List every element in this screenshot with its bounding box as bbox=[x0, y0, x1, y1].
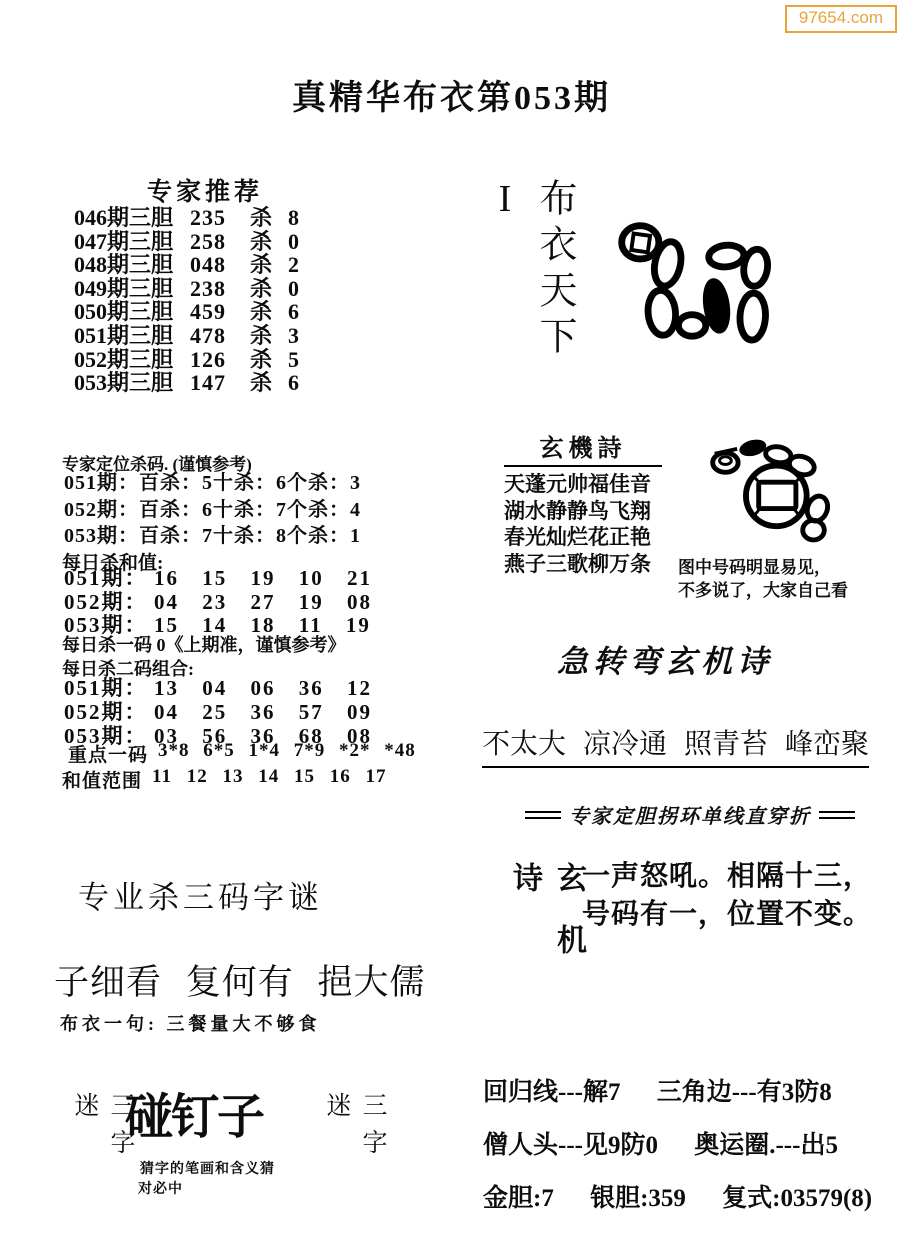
kill-label: 杀 bbox=[250, 206, 288, 230]
sum-values: 16 15 19 10 21 bbox=[154, 567, 372, 591]
doodle-caption-line2: 不多说了，大家自己看 bbox=[678, 579, 848, 602]
triple-numbers: 459 bbox=[190, 300, 250, 324]
poem-line: 天蓬元帅福佳音 bbox=[504, 471, 662, 498]
hand-drawn-coin-doodle bbox=[698, 424, 884, 554]
position-kill-row: 053期：百杀：7十杀：8个杀：1 bbox=[64, 523, 361, 550]
riddle-answer: 碰钉子 bbox=[125, 1078, 263, 1147]
recommend-row: 051期三胆 478 杀 3 bbox=[74, 324, 299, 348]
period-label: 052期： bbox=[64, 591, 154, 615]
hint-line-2: 僧人头---见9防0 奥运圈.---出5 bbox=[483, 1119, 872, 1172]
period-label: 053期三胆 bbox=[74, 371, 190, 395]
poem-line: 燕子三歌柳万条 bbox=[504, 551, 662, 578]
mystery-poem-box: 玄機詩 天蓬元帅福佳音 湖水静静鸟飞翔 春光灿烂花正艳 燕子三歌柳万条 bbox=[504, 428, 662, 577]
period-label: 051期： bbox=[64, 567, 154, 591]
hint-olympic-ring: 奥运圈.---出5 bbox=[694, 1132, 838, 1159]
poem-line: 春光灿烂花正艳 bbox=[504, 524, 662, 551]
lottery-chart-page: 97654.com 真精华布衣第053期 专家推荐 046期三胆 235 杀 8… bbox=[0, 0, 903, 1257]
sum-range-values: 11 12 13 14 15 16 17 bbox=[152, 766, 386, 793]
recommend-row: 049期三胆 238 杀 0 bbox=[74, 277, 299, 301]
kill-number: 6 bbox=[288, 300, 299, 324]
xuanji-line1: 一声怒吼。相隔十三， bbox=[582, 858, 872, 896]
period-label: 051期三胆 bbox=[74, 324, 190, 348]
hint-line-3: 金胆:7 银胆:359 复式:03579(8) bbox=[483, 1172, 872, 1225]
daily-sum-kill-rows: 051期： 16 15 19 10 21 052期： 04 23 27 19 0… bbox=[64, 567, 372, 638]
hand-drawn-numbers-doodle bbox=[598, 213, 796, 389]
kill-label: 杀 bbox=[250, 230, 288, 254]
sharp-turn-poem-heading: 急转弯玄机诗 bbox=[480, 636, 850, 681]
silver-dan: 银胆:359 bbox=[590, 1185, 686, 1212]
xuanji-poem-vertical-title: 玄机诗 bbox=[502, 862, 590, 1022]
triple-numbers: 478 bbox=[190, 324, 250, 348]
riddle-note-line2: 对必中 bbox=[138, 1178, 183, 1198]
xuanji-poem-text: 一声怒吼。相隔十三， 号码有一，位置不变。 bbox=[582, 858, 872, 934]
period-label: 051期： bbox=[64, 676, 154, 700]
daily-kill-one-line: 每日杀一码 0《上期准，谨慎参考》 bbox=[62, 631, 346, 657]
triple-numbers: 238 bbox=[190, 277, 250, 301]
buyi-tianxia-vertical-title: 布衣天下I bbox=[483, 178, 582, 393]
kill-number: 0 bbox=[288, 230, 299, 254]
doodle-caption-line1: 图中号码明显易见， bbox=[678, 556, 848, 579]
double-line-left bbox=[525, 811, 561, 819]
watermark-badge: 97654.com bbox=[785, 5, 897, 33]
position-kill-row: 051期：百杀：5十杀：6个杀：3 bbox=[64, 470, 361, 497]
daily-sum-row: 052期： 04 23 27 19 08 bbox=[64, 591, 372, 615]
period-label: 048期三胆 bbox=[74, 253, 190, 277]
combo-values: 13 04 06 36 12 bbox=[154, 676, 372, 700]
kill-label: 杀 bbox=[250, 300, 288, 324]
recommend-row: 053期三胆 147 杀 6 bbox=[74, 371, 299, 395]
daily-sum-row: 051期： 16 15 19 10 21 bbox=[64, 567, 372, 591]
kill-number: 6 bbox=[288, 371, 299, 395]
period-label: 052期： bbox=[64, 700, 154, 724]
period-label: 049期三胆 bbox=[74, 277, 190, 301]
sum-values: 04 23 27 19 08 bbox=[154, 591, 372, 615]
buyi-sentence: 布衣一句: 三餐量大不够食 bbox=[60, 1010, 321, 1036]
recommend-row: 046期三胆 235 杀 8 bbox=[74, 206, 299, 230]
gold-dan: 金胆:7 bbox=[483, 1185, 554, 1212]
recommend-row: 048期三胆 048 杀 2 bbox=[74, 253, 299, 277]
double-line-right bbox=[819, 811, 855, 819]
daily-two-row: 051期： 13 04 06 36 12 bbox=[64, 676, 372, 700]
doodle-caption: 图中号码明显易见， 不多说了，大家自己看 bbox=[678, 556, 848, 602]
daily-two-combo-rows: 051期： 13 04 06 36 12 052期： 04 25 36 57 0… bbox=[64, 676, 372, 748]
kill-number: 5 bbox=[288, 348, 299, 372]
three-char-riddle-label-right: 三字迷 bbox=[318, 1092, 390, 1202]
triple-numbers: 235 bbox=[190, 206, 250, 230]
kill-label: 杀 bbox=[250, 324, 288, 348]
bottom-hints: 回归线---解7 三角边---有3防8 僧人头---见9防0 奥运圈.---出5… bbox=[483, 1066, 872, 1225]
triple-numbers: 048 bbox=[190, 253, 250, 277]
period-label: 052期三胆 bbox=[74, 348, 190, 372]
xuanji-line2: 号码有一，位置不变。 bbox=[582, 896, 872, 934]
expert-dan-divider: 专家定胆拐环单线直穿折 bbox=[495, 800, 885, 829]
position-kill-rows: 051期：百杀：5十杀：6个杀：3 052期：百杀：6十杀：7个杀：4 053期… bbox=[64, 470, 361, 550]
hint-monk-head: 僧人头---见9防0 bbox=[483, 1132, 658, 1159]
sum-range-label: 和值范围 bbox=[62, 766, 142, 793]
page-title: 真精华布衣第053期 bbox=[0, 70, 903, 119]
period-label: 050期三胆 bbox=[74, 300, 190, 324]
recommend-row: 052期三胆 126 杀 5 bbox=[74, 348, 299, 372]
period-label: 047期三胆 bbox=[74, 230, 190, 254]
key-one-values: 3*8 6*5 1*4 7*9 *2* *48 bbox=[158, 740, 416, 767]
kill-label: 杀 bbox=[250, 348, 288, 372]
triple-numbers: 147 bbox=[190, 371, 250, 395]
riddle-heading: 专业杀三码字谜 bbox=[78, 872, 323, 917]
compound: 复式:03579(8) bbox=[722, 1185, 872, 1212]
poem-line: 湖水静静鸟飞翔 bbox=[504, 498, 662, 525]
position-kill-row: 052期：百杀：6十杀：7个杀：4 bbox=[64, 497, 361, 524]
key-one-code-line: 重点一码 3*8 6*5 1*4 7*9 *2* *48 bbox=[68, 740, 416, 767]
recommend-row: 050期三胆 459 杀 6 bbox=[74, 300, 299, 324]
expert-recommend-list: 046期三胆 235 杀 8 047期三胆 258 杀 0 048期三胆 048… bbox=[74, 206, 299, 395]
sum-range-line: 和值范围 11 12 13 14 15 16 17 bbox=[62, 766, 386, 793]
hint-line-1: 回归线---解7 三角边---有3防8 bbox=[483, 1066, 872, 1119]
recommend-row: 047期三胆 258 杀 0 bbox=[74, 230, 299, 254]
riddle-note-line1: 猜字的笔画和含义猜 bbox=[140, 1158, 275, 1178]
expert-dan-divider-text: 专家定胆拐环单线直穿折 bbox=[569, 800, 811, 829]
hint-triangle: 三角边---有3防8 bbox=[657, 1079, 832, 1106]
riddle-line: 子细看 复何有 挹大儒 bbox=[54, 955, 426, 1005]
mystery-poem-title: 玄機詩 bbox=[504, 428, 662, 467]
key-one-label: 重点一码 bbox=[68, 740, 148, 767]
kill-number: 8 bbox=[288, 206, 299, 230]
kill-number: 0 bbox=[288, 277, 299, 301]
kill-label: 杀 bbox=[250, 277, 288, 301]
sharp-turn-poem-line: 不太大 凉冷通 照青苔 峰峦聚 bbox=[482, 722, 869, 768]
hint-regression: 回归线---解7 bbox=[483, 1079, 620, 1106]
combo-values: 04 25 36 57 09 bbox=[154, 700, 372, 724]
kill-label: 杀 bbox=[250, 371, 288, 395]
triple-numbers: 258 bbox=[190, 230, 250, 254]
kill-number: 3 bbox=[288, 324, 299, 348]
daily-two-row: 052期： 04 25 36 57 09 bbox=[64, 700, 372, 724]
kill-label: 杀 bbox=[250, 253, 288, 277]
expert-recommend-heading: 专家推荐 bbox=[60, 172, 350, 208]
kill-number: 2 bbox=[288, 253, 299, 277]
triple-numbers: 126 bbox=[190, 348, 250, 372]
period-label: 046期三胆 bbox=[74, 206, 190, 230]
